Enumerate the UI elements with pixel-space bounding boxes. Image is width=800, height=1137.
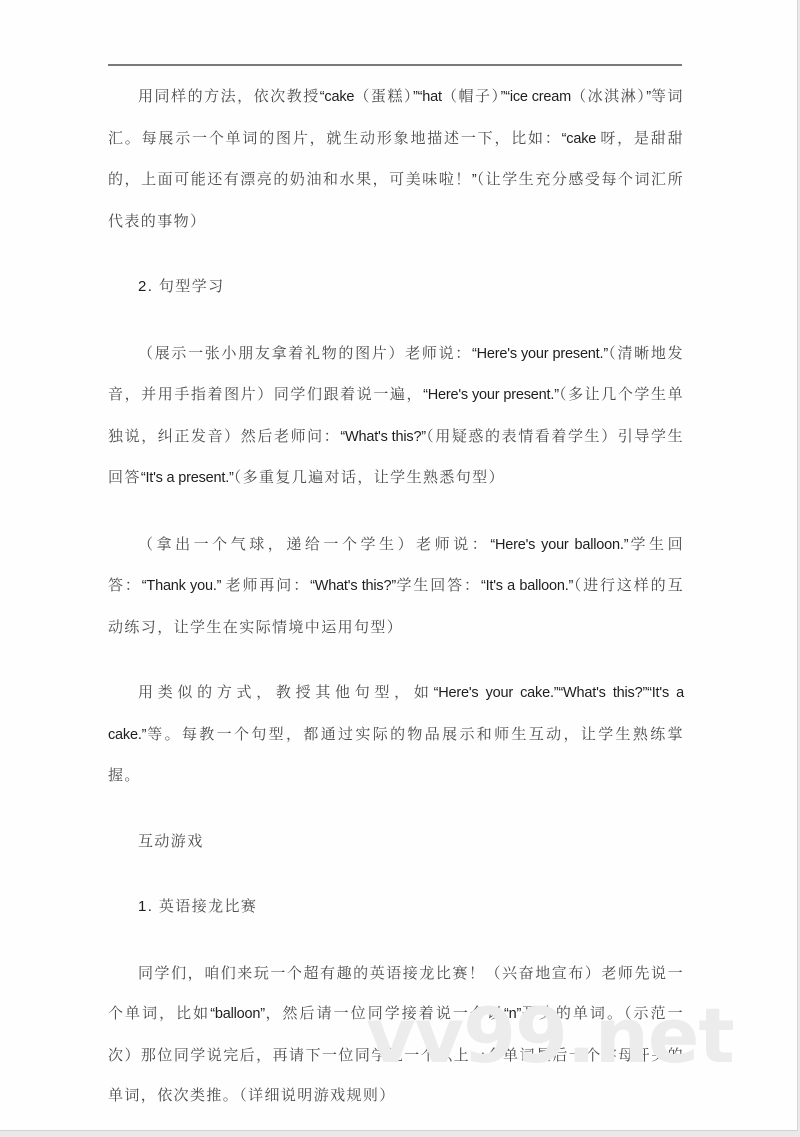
document-page: 用同样的方法，依次教授“cake（蛋糕）”“hat（帽子）”“ice cream… [0,0,798,1131]
body-paragraph: （展示一张小朋友拿着礼物的图片）老师说：“Here's your present… [108,333,684,499]
chinese-text: 等。每教一个句型，都通过实际的物品展示和师生互动，让学生熟练掌握。 [108,725,684,785]
heading-text: 互动游戏 [138,832,204,850]
english-phrase: ”“ice cream [501,89,571,105]
chinese-text: （多重复几遍对话，让学生熟悉句型） [234,468,505,486]
english-phrase: “It's a present.” [141,470,234,486]
body-paragraph: 用类似的方式，教授其他句型，如“Here's your cake.”“What'… [108,672,684,796]
chinese-text: 老师再问： [226,576,310,594]
english-phrase: “balloon” [210,1006,265,1022]
chinese-text: 用类似的方式，教授其他句型，如 [138,683,434,701]
body-paragraph: 用同样的方法，依次教授“cake（蛋糕）”“hat（帽子）”“ice cream… [108,76,684,241]
heading-text: 句型学习 [159,277,225,295]
chinese-text: （蛋糕） [354,87,413,105]
watermark: vv99.net [366,998,734,1074]
paragraph-spacer [108,241,684,266]
chinese-text: （展示一张小朋友拿着礼物的图片）老师说： [138,344,472,362]
body-paragraph: （拿出一个气球，递给一个学生）老师说：“Here's your balloon.… [108,524,684,648]
english-phrase: ”“hat [413,89,442,105]
paragraph-spacer [108,861,684,886]
english-phrase: “cake [320,89,354,105]
english-phrase: “What's this?” [310,578,396,594]
english-phrase: “It's a balloon.” [481,578,573,594]
chinese-text: （帽子） [442,87,501,105]
english-phrase: “Here's your present.” [472,346,608,362]
english-phrase: “cake [562,131,601,147]
section-heading: 2. 句型学习 [108,266,684,308]
english-phrase: “Thank you.” [142,578,226,594]
english-phrase: “What's this?” [340,429,426,445]
heading-text: 英语接龙比赛 [159,897,257,915]
paragraph-spacer [108,499,684,524]
document-body: 用同样的方法，依次教授“cake（蛋糕）”“hat（帽子）”“ice cream… [108,76,684,1116]
paragraph-spacer [108,796,684,821]
chinese-text: 学生回答： [396,576,481,594]
paragraph-spacer [108,928,684,953]
english-phrase: “Here's your present.” [423,387,559,403]
chinese-text: （拿出一个气球，递给一个学生）老师说： [138,535,490,553]
heading-number: 1. [138,898,159,915]
header-divider [108,64,682,66]
heading-number: 2. [138,278,159,295]
chinese-text: 用同样的方法，依次教授 [138,87,320,105]
paragraph-spacer [108,647,684,672]
english-phrase: “Here's your balloon.” [490,537,628,553]
paragraph-spacer [108,308,684,333]
section-heading: 1. 英语接龙比赛 [108,886,684,928]
section-heading: 互动游戏 [108,821,684,862]
chinese-text: （冰淇淋） [571,87,646,105]
